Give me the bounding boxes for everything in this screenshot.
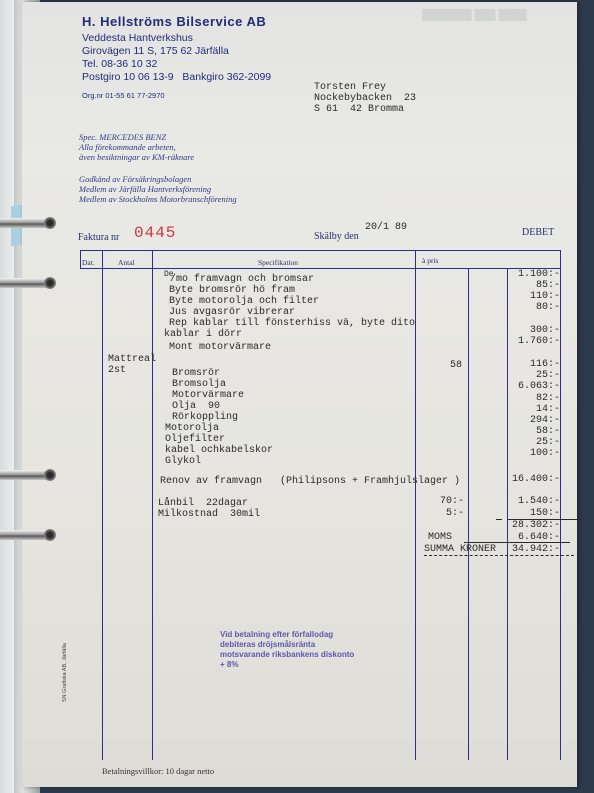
material-line: kabel ochkabelskor bbox=[165, 445, 273, 456]
material-line: Bromsolja bbox=[172, 379, 226, 390]
rental-amount: 150:- bbox=[508, 508, 560, 519]
material-amount: 58:- bbox=[508, 426, 560, 437]
material-line: Oljefilter bbox=[165, 434, 225, 445]
rental-amount: 1.540:- bbox=[508, 496, 560, 507]
rental-line: Milkostnad 30mil bbox=[158, 509, 260, 520]
specialty-line: Spec. MERCEDES BENZ bbox=[79, 132, 166, 142]
company-orgnr: Org.nr 01-55 61 77-2970 bbox=[82, 91, 165, 100]
dash-mark bbox=[496, 519, 502, 520]
company-phone: Tel. 08-36 10 32 bbox=[82, 58, 157, 71]
spec-line: kablar i dörr bbox=[164, 329, 242, 340]
material-line: Glykol bbox=[165, 456, 201, 467]
total-amount: 34.942:- bbox=[508, 544, 560, 555]
material-line: Motorolja bbox=[165, 423, 219, 434]
line-amount: 300:- bbox=[508, 325, 560, 336]
renov-amount: 16.400:- bbox=[502, 474, 560, 485]
specialty-line: Alla förekommande arbeten, bbox=[79, 142, 176, 152]
binder-ring bbox=[0, 278, 54, 288]
table-right-border bbox=[560, 250, 561, 760]
recipient-city: S 61 42 Bromma bbox=[314, 104, 404, 115]
material-amount: 82:- bbox=[508, 393, 560, 404]
membership-line: Medlem av Stockholms Motorbranschförenin… bbox=[79, 194, 237, 204]
header-specification: Specifikation bbox=[258, 258, 298, 267]
material-label: Mattreal bbox=[108, 354, 156, 365]
rental-unit-price: 70:- bbox=[422, 496, 464, 507]
material-amount: 100:- bbox=[508, 448, 560, 459]
material-amount: 6.063:- bbox=[508, 381, 560, 392]
membership-line: Medlem av Järfälla Hantverksförening bbox=[79, 184, 211, 194]
printer-mark: SN Grafiska AB, Järfälla bbox=[62, 643, 68, 702]
column-divider-spec bbox=[415, 250, 416, 760]
material-line: Rörkoppling bbox=[172, 412, 238, 423]
line-amount: 1.100:- bbox=[508, 269, 560, 280]
invoice-paper: ███████ ███ ████ H. Hellströms Bilservic… bbox=[22, 2, 577, 787]
material-amount: 25:- bbox=[508, 437, 560, 448]
recipient-name: Torsten Frey bbox=[314, 82, 386, 93]
total-rule bbox=[464, 542, 570, 543]
spec-line: Jus avgasrör vibrerar bbox=[169, 307, 295, 318]
line-amount: 85:- bbox=[508, 280, 560, 291]
recipient-street: Nockebybacken 23 bbox=[314, 93, 416, 104]
column-divider-date bbox=[102, 250, 103, 760]
company-giro: Postgiro 10 06 13-9 Bankgiro 362-2099 bbox=[82, 71, 271, 84]
subtotal-amount: 28.302:- bbox=[508, 520, 560, 531]
binder-ring bbox=[0, 470, 54, 480]
vat-label: MOMS bbox=[428, 532, 452, 543]
column-divider-price bbox=[468, 268, 469, 760]
line-amount: 1.760:- bbox=[508, 336, 560, 347]
rental-line: Lånbil 22dagar bbox=[158, 498, 248, 509]
invoice-place-label: Skälby den bbox=[314, 231, 359, 242]
binder-ring bbox=[0, 530, 54, 540]
invoice-number-label: Faktura nr bbox=[78, 232, 119, 243]
invoice-type: DEBET bbox=[522, 227, 554, 238]
total-underline bbox=[424, 555, 574, 556]
material-amount: 116:- bbox=[508, 359, 560, 370]
invoice-date: 20/1 89 bbox=[365, 222, 407, 233]
payment-terms: Betalningsvillkor: 10 dagar netto bbox=[102, 766, 214, 776]
company-building: Veddesta Hantverkshus bbox=[82, 32, 193, 45]
material-amount: 294:- bbox=[508, 415, 560, 426]
spec-line: Mont motorvärmare bbox=[169, 342, 271, 353]
binder-ring bbox=[0, 218, 54, 228]
spec-line: Byte bromsrör hö fram bbox=[169, 285, 295, 296]
line-amount: 80:- bbox=[508, 302, 560, 313]
spec-line: Rep kablar till fönsterhiss vä, byte dit… bbox=[169, 318, 415, 329]
material-amount: 14:- bbox=[508, 404, 560, 415]
line-amount: 110:- bbox=[508, 291, 560, 302]
company-address: Girovägen 11 S, 175 62 Järfälla bbox=[82, 45, 229, 58]
renov-line: Renov av framvagn (Philipsons + Framhjul… bbox=[160, 476, 460, 487]
table-left-border bbox=[80, 250, 81, 269]
material-unit-price: 58 bbox=[422, 360, 462, 371]
spec-line: /mo framvagn och bromsar bbox=[164, 274, 314, 285]
company-name: H. Hellströms Bilservice AB bbox=[82, 14, 266, 29]
material-line: Olja 90 bbox=[172, 401, 220, 412]
material-line: Motorvärmare bbox=[172, 390, 244, 401]
rental-unit-price: 5:- bbox=[422, 508, 464, 519]
membership-line: Godkänd av Försäkringsbolagen bbox=[79, 174, 191, 184]
material-qty: 2st bbox=[108, 365, 126, 376]
spec-line: Byte motorolja och filter bbox=[169, 296, 319, 307]
material-amount: 25:- bbox=[508, 370, 560, 381]
total-label: SUMMA KRONER bbox=[424, 544, 496, 555]
header-qty: Antal bbox=[118, 258, 135, 267]
specialty-line: även besiktningar av KM-räknare bbox=[79, 152, 194, 162]
material-line: Bromsrör bbox=[172, 368, 220, 379]
column-divider-qty bbox=[152, 250, 153, 760]
header-date: Dat. bbox=[82, 258, 95, 267]
invoice-number: 0445 bbox=[134, 224, 176, 242]
bleed-through-text: ███████ ███ ████ bbox=[422, 10, 527, 21]
late-payment-stamp: Vid betalning efter förfallodag debitera… bbox=[220, 630, 360, 670]
header-unit-price: à pris bbox=[422, 256, 438, 265]
